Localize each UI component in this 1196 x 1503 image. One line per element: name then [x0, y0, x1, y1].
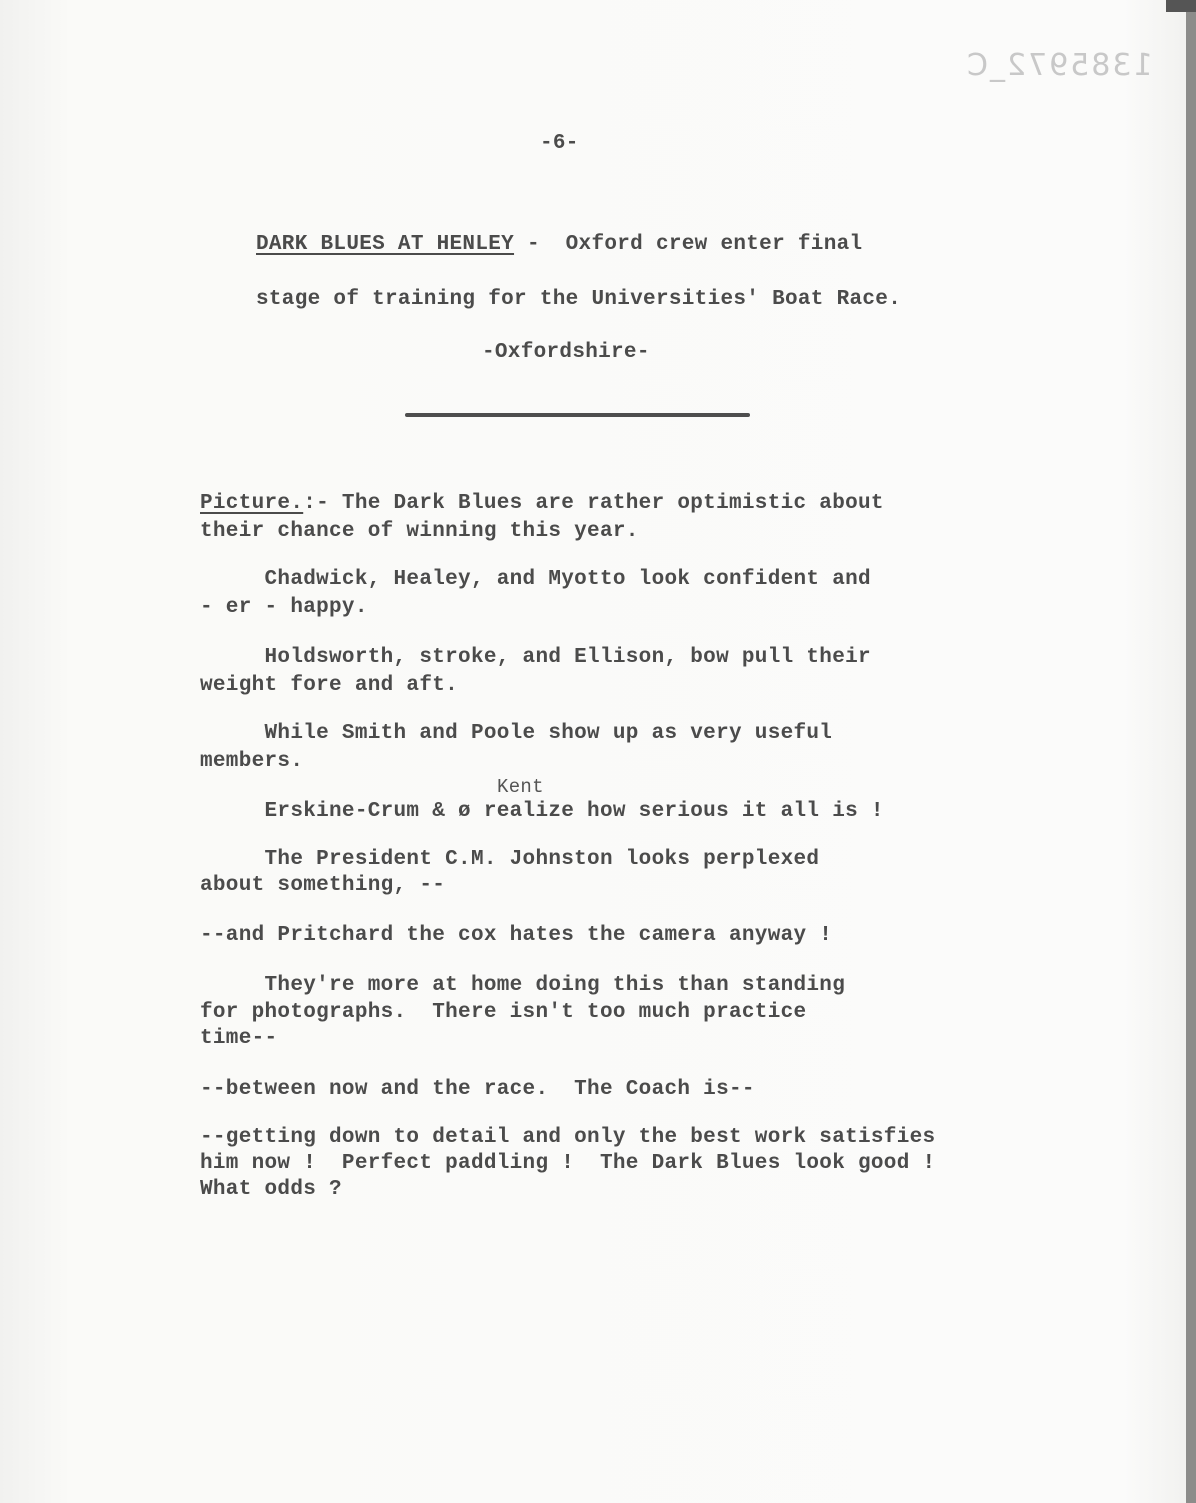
page-number: -6-	[540, 132, 579, 155]
location-line: -Oxfordshire-	[482, 341, 650, 364]
para-1-line-1: Picture.:- The Dark Blues are rather opt…	[200, 492, 884, 515]
para-8-line-1: They're more at home doing this than sta…	[200, 974, 845, 997]
para-6-line-2: about something, --	[200, 874, 445, 897]
para-1-line-1-text: :- The Dark Blues are rather optimistic …	[303, 492, 884, 515]
heading-line-1-rest: - Oxford crew enter final	[514, 233, 862, 256]
bleed-through-handwritten-mark: 1385972_C	[965, 48, 1153, 83]
picture-label: Picture.	[200, 492, 303, 515]
section-divider	[405, 413, 750, 417]
heading-line-1: DARK BLUES AT HENLEY - Oxford crew enter…	[256, 233, 862, 256]
para-2-line-1: Chadwick, Healey, and Myotto look confid…	[200, 568, 871, 591]
page-edge-shadow	[1186, 0, 1196, 1503]
para-2-line-2: - er - happy.	[200, 596, 368, 619]
para-1-line-2: their chance of winning this year.	[200, 520, 639, 543]
story-title: DARK BLUES AT HENLEY	[256, 233, 514, 256]
para-4-line-2: members.	[200, 750, 303, 773]
heading-line-2: stage of training for the Universities' …	[256, 288, 901, 311]
para-3-line-1: Holdsworth, stroke, and Ellison, bow pul…	[200, 646, 871, 669]
para-8-line-3: time--	[200, 1027, 277, 1050]
para-9-line-1: --between now and the race. The Coach is…	[200, 1078, 755, 1101]
para-6-line-1: The President C.M. Johnston looks perple…	[200, 848, 819, 871]
para-8-line-2: for photographs. There isn't too much pr…	[200, 1001, 806, 1024]
para-10-line-1: --getting down to detail and only the be…	[200, 1126, 935, 1149]
page-corner-shadow	[1166, 0, 1196, 12]
para-10-line-2: him now ! Perfect paddling ! The Dark Bl…	[200, 1152, 935, 1175]
typewritten-page: 1385972_C -6- DARK BLUES AT HENLEY - Oxf…	[0, 0, 1196, 1503]
handwritten-insertion: Kent	[497, 776, 544, 798]
para-7-line-1: --and Pritchard the cox hates the camera…	[200, 924, 832, 947]
para-4-line-1: While Smith and Poole show up as very us…	[200, 722, 832, 745]
para-5-line-1: Erskine-Crum & ø realize how serious it …	[200, 800, 884, 823]
para-10-line-3: What odds ?	[200, 1178, 342, 1201]
para-3-line-2: weight fore and aft.	[200, 674, 458, 697]
